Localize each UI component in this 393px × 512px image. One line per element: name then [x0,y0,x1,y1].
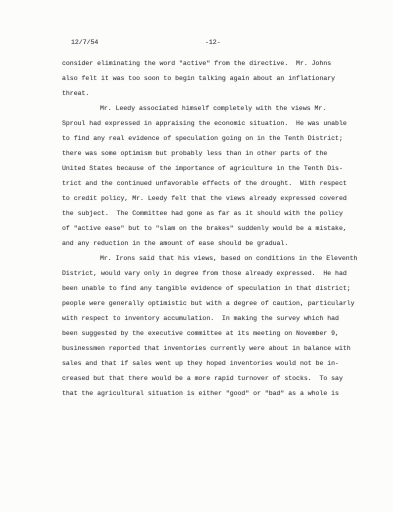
text-line: been unable to find any tangible evidenc… [62,281,377,296]
text-line: people were generally optimistic but wit… [62,296,377,311]
page-number: -12- [205,39,221,46]
text-line: Mr. Irons said that his views, based on … [62,251,377,266]
text-line: been suggested by the executive committe… [62,326,377,341]
text-line: to credit policy, Mr. Leedy felt that th… [62,191,377,206]
text-line: there was some optimism but probably les… [62,146,377,161]
text-line: Mr. Leedy associated himself completely … [62,101,377,116]
text-line: to find any real evidence of speculation… [62,131,377,146]
text-line: creased but that there would be a more r… [62,371,377,386]
document-body: consider eliminating the word "active" f… [62,56,377,401]
text-line: consider eliminating the word "active" f… [62,56,377,71]
text-line: businessmen reported that inventories cu… [62,341,377,356]
text-line: the subject. The Committee had gone as f… [62,206,377,221]
text-line: with respect to inventory accumulation. … [62,311,377,326]
text-line: sales and that if sales went up they hop… [62,356,377,371]
text-line: threat. [62,86,377,101]
text-line: District, would vary only in degree from… [62,266,377,281]
text-line: also felt it was too soon to begin talki… [62,71,377,86]
text-line: and any reduction in the amount of ease … [62,236,377,251]
text-line: United States because of the importance … [62,161,377,176]
date-label: 12/7/54 [71,39,98,46]
text-line: Sproul had expressed in appraising the e… [62,116,377,131]
text-line: of "active ease" but to "slam on the bra… [62,221,377,236]
page-header: 12/7/54 -12- [0,39,393,53]
text-line: trict and the continued unfavorable effe… [62,176,377,191]
scanned-document-page: 12/7/54 -12- consider eliminating the wo… [0,0,393,512]
text-line: that the agricultural situation is eithe… [62,386,377,401]
